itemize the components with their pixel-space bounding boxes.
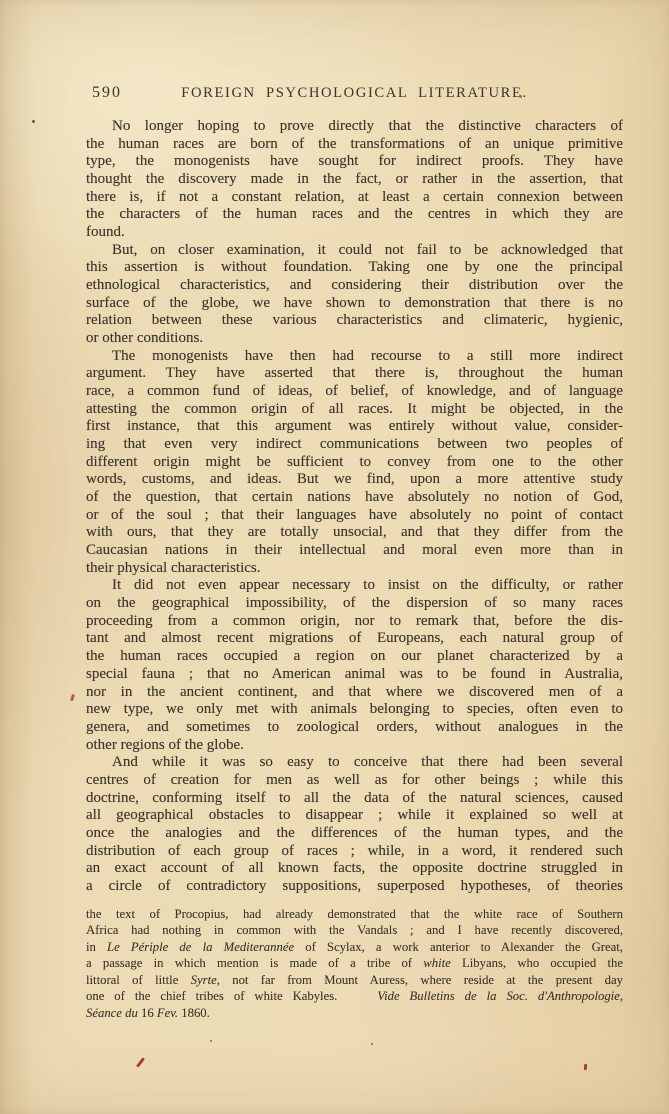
- ink-speck: [32, 120, 35, 123]
- page-number: 590: [92, 84, 122, 102]
- footnote-italic-text: white: [423, 956, 451, 970]
- body-line: the human races occupied a region on our…: [86, 648, 623, 666]
- footnote-text: Africa had nothing in common with the Va…: [86, 923, 623, 937]
- body-line: with ours, that they are totally unsocia…: [86, 524, 623, 542]
- body-line: Caucasian nations in their intellectual …: [86, 542, 623, 560]
- body-line: there is, if not a constant relation, at…: [86, 189, 623, 207]
- body-line: tant and almost recent migrations of Eur…: [86, 630, 623, 648]
- page-header: 590 FOREIGN PSYCHOLOGICAL LITERATURE.: [86, 84, 623, 102]
- body-line: And while it was so easy to conceive tha…: [86, 754, 623, 772]
- body-line: race, a common fund of ideas, of belief,…: [86, 383, 623, 401]
- body-line: It did not even appear necessary to insi…: [86, 577, 623, 595]
- footnote: the text of Procopius, had already demon…: [86, 906, 623, 1021]
- footnote-line: the text of Procopius, had already demon…: [86, 906, 623, 922]
- body-line: words, customs, and ideas. But we find, …: [86, 471, 623, 489]
- footnote-text: the text of Procopius, had already demon…: [86, 907, 623, 921]
- body-text: No longer hoping to prove directly that …: [86, 118, 623, 896]
- footnote-text: of Scylax, a work anterior to Alexander …: [294, 940, 623, 954]
- body-line: distribution of each group of races ; wh…: [86, 843, 623, 861]
- book-page-scan: 590 FOREIGN PSYCHOLOGICAL LITERATURE. No…: [0, 0, 669, 1114]
- ink-speck: [210, 1040, 212, 1042]
- body-line: doctrine, conforming itself to all the d…: [86, 790, 623, 808]
- footnote-line: Africa had nothing in common with the Va…: [86, 922, 623, 938]
- body-line: argument. They have asserted that there …: [86, 365, 623, 383]
- red-mark: [584, 1064, 588, 1070]
- footnote-italic-text: Fev.: [157, 1006, 178, 1020]
- body-line: relation between these various character…: [86, 312, 623, 330]
- footnote-text: 1860.: [178, 1006, 210, 1020]
- body-line: the human races are born of the transfor…: [86, 136, 623, 154]
- footnote-italic-text: Syrte: [191, 973, 217, 987]
- body-line: or of the soul ; that their languages ha…: [86, 507, 623, 525]
- footnote-text: one of the chief tribes of white Kabyles…: [86, 989, 377, 1003]
- body-line: special fauna ; that no American animal …: [86, 666, 623, 684]
- body-line: an exact account of all known facts, the…: [86, 860, 623, 878]
- body-line: new type, we only met with animals belon…: [86, 701, 623, 719]
- body-line: type, the monogenists have sought for in…: [86, 153, 623, 171]
- red-mark: [70, 694, 75, 701]
- body-line: once the analogies and the differences o…: [86, 825, 623, 843]
- body-line: proceeding from a common origin, nor to …: [86, 613, 623, 631]
- footnote-italic-text: Le Périple de la Mediterannée: [107, 940, 294, 954]
- body-line: nor in the ancient continent, and that w…: [86, 684, 623, 702]
- body-line: their physical characteristics.: [86, 560, 623, 578]
- body-line: this assertion is without foundation. Ta…: [86, 259, 623, 277]
- body-line: a circle of contradictory suppositions, …: [86, 878, 623, 896]
- body-line: the characters of the human races and th…: [86, 206, 623, 224]
- footnote-line: in Le Périple de la Mediterannée of Scyl…: [86, 939, 623, 955]
- body-line: The monogenists have then had recourse t…: [86, 348, 623, 366]
- footnote-text: Libyans, who occupied the: [451, 956, 623, 970]
- body-line: No longer hoping to prove directly that …: [86, 118, 623, 136]
- red-mark: [136, 1057, 145, 1068]
- body-line: ethnological characteristics, and consid…: [86, 277, 623, 295]
- body-line: genera, and sometimes to zoological orde…: [86, 719, 623, 737]
- footnote-italic-text: Séance du: [86, 1006, 138, 1020]
- body-line: or other conditions.: [86, 330, 623, 348]
- body-line: first instance, that this argument was e…: [86, 418, 623, 436]
- body-line: other regions of the globe.: [86, 737, 623, 755]
- footnote-line: a passage in which mention is made of a …: [86, 955, 623, 971]
- footnote-text: littoral of little: [86, 973, 191, 987]
- body-line: on the geographical impossibility, of th…: [86, 595, 623, 613]
- body-line: attesting the common origin of all races…: [86, 401, 623, 419]
- footnote-text: in: [86, 940, 107, 954]
- footnote-line: Séance du 16 Fev. 1860.: [86, 1005, 623, 1021]
- footnote-text: a passage in which mention is made of a …: [86, 956, 423, 970]
- body-line: different origin might be sufficient to …: [86, 454, 623, 472]
- body-line: ing that even very indirect communicatio…: [86, 436, 623, 454]
- footnote-text: , not far from Mount Auress, where resid…: [217, 973, 623, 987]
- footnote-italic-text: Vide Bulletins de la Soc. d'Anthropologi…: [377, 989, 623, 1003]
- footnote-line: littoral of little Syrte, not far from M…: [86, 972, 623, 988]
- body-line: centres of creation for men as well as f…: [86, 772, 623, 790]
- footnote-line: one of the chief tribes of white Kabyles…: [86, 988, 623, 1004]
- ink-speck: [371, 1043, 373, 1045]
- running-title: FOREIGN PSYCHOLOGICAL LITERATURE.: [86, 84, 623, 102]
- body-line: all geographical obstacles to disappear …: [86, 807, 623, 825]
- body-line: found.: [86, 224, 623, 242]
- body-line: thought the discovery made in the fact, …: [86, 171, 623, 189]
- footnote-text: 16: [138, 1006, 157, 1020]
- body-line: of the question, that certain nations ha…: [86, 489, 623, 507]
- body-line: surface of the globe, we have shown to d…: [86, 295, 623, 313]
- body-line: But, on closer examination, it could not…: [86, 242, 623, 260]
